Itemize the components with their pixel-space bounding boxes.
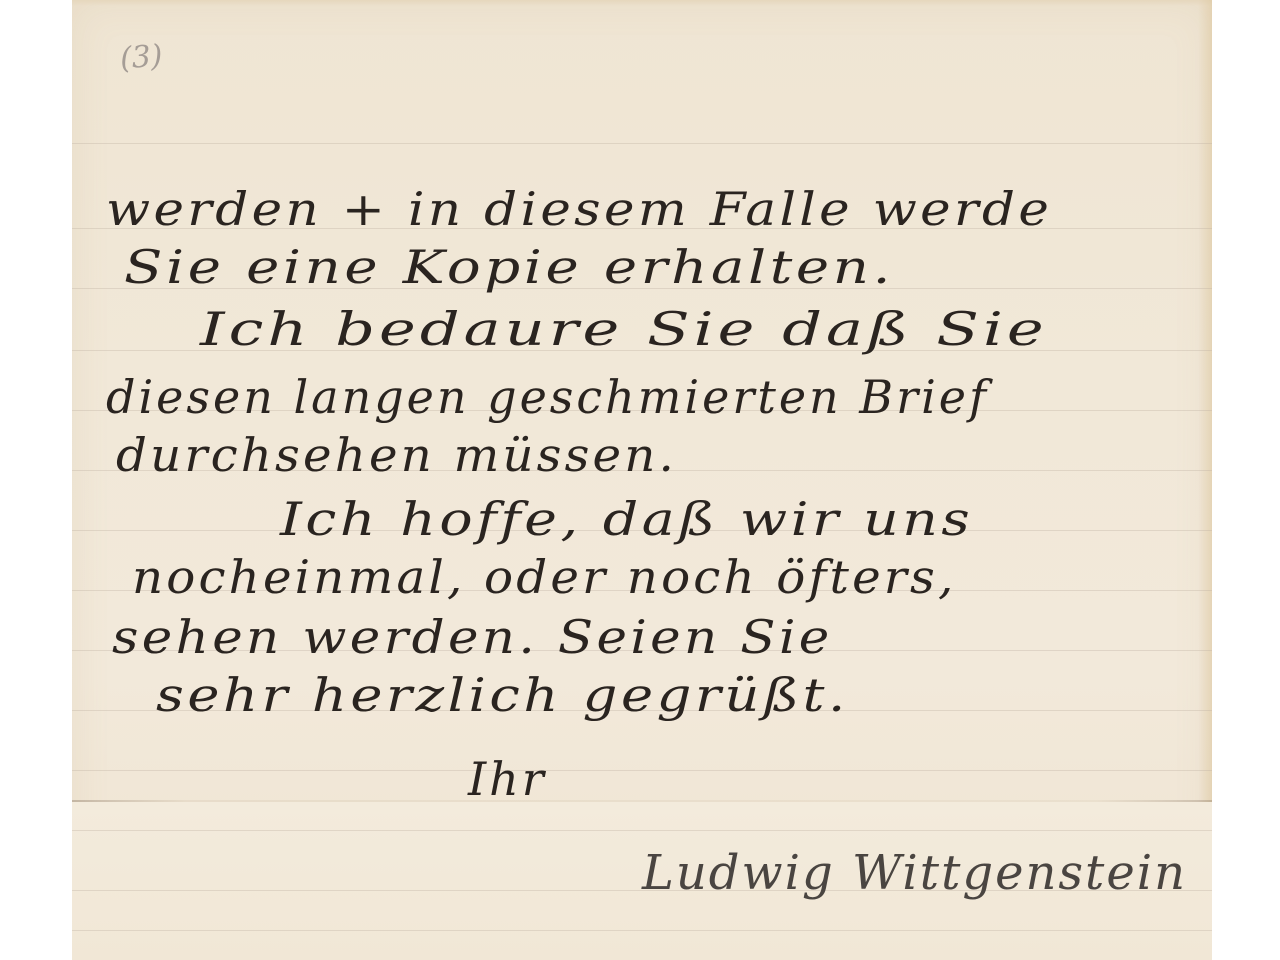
letter-line-6: Ich hoffe, daß wir uns (280, 492, 973, 546)
ruled-line (72, 770, 1212, 771)
ruled-line (72, 143, 1212, 144)
letter-line-5: durchsehen müssen. (116, 428, 677, 482)
letter-closing: Ihr (468, 752, 547, 806)
letter-line-4: diesen langen geschmierten Brief (106, 370, 989, 424)
ruled-line (72, 830, 1212, 831)
letter-line-3: Ich bedaure Sie daß Sie (200, 302, 1048, 356)
signature: Ludwig Wittgenstein (642, 845, 1187, 901)
letter-line-2: Sie eine Kopie erhalten. (124, 240, 894, 294)
ruled-line (72, 930, 1212, 931)
letter-line-7: nocheinmal, oder noch öfters, (132, 550, 956, 604)
letter-page: (3) werden + in diesem Falle werde Sie e… (72, 0, 1212, 960)
letter-line-9: sehr herzlich gegrüßt. (156, 668, 849, 722)
page-number: (3) (119, 39, 164, 77)
paper-seam (72, 800, 1212, 802)
letter-line-1: werden + in diesem Falle werde (106, 182, 1052, 236)
letter-line-8: sehen werden. Seien Sie (112, 610, 833, 664)
paper-top-edge (72, 0, 1212, 6)
